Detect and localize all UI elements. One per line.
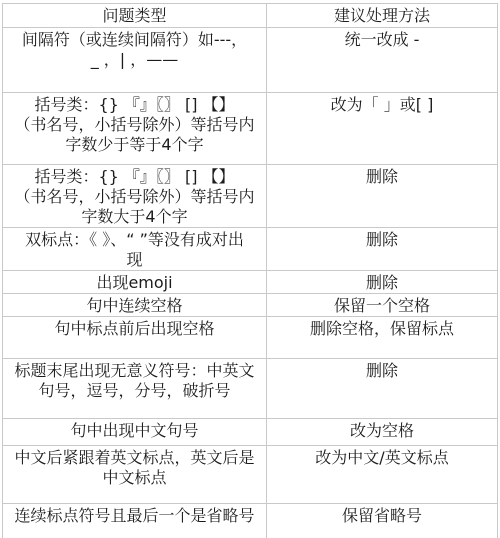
guidelines-table: 问题类型 建议处理方法 间隔符（或连续间隔符）如---， _ ，| ，—— 统一… (2, 3, 498, 538)
action-cell: 改为中文/英文标点 (267, 446, 498, 504)
problem-cell: 双标点：《 》、“ ”等没有成对出 现 (3, 228, 267, 271)
action-cell: 删除 (267, 359, 498, 419)
action-cell: 改为「 」或[ ] (267, 93, 498, 165)
problem-cell: 括号类：{} 『』〖〗 [] 【】 （书名号，小括号除外）等括号内 字数少于等于… (3, 93, 267, 165)
table-row: 括号类：{} 『』〖〗 [] 【】 （书名号，小括号除外）等括号内 字数少于等于… (3, 93, 498, 165)
problem-cell: 间隔符（或连续间隔符）如---， _ ，| ，—— (3, 28, 267, 93)
table-row: 间隔符（或连续间隔符）如---， _ ，| ，—— 统一改成 - (3, 28, 498, 93)
action-cell: 删除 (267, 271, 498, 294)
table-row: 句中连续空格 保留一个空格 (3, 294, 498, 317)
problem-cell: 括号类：{} 『』〖〗 [] 【】 （书名号，小括号除外）等括号内 字数大于4个… (3, 165, 267, 228)
table-row: 句中标点前后出现空格 删除空格，保留标点 (3, 317, 498, 359)
problem-cell: 连续标点符号且最后一个是省略号 (3, 504, 267, 538)
action-cell: 保留省略号 (267, 504, 498, 538)
column-header-problem: 问题类型 (3, 4, 267, 28)
column-header-action: 建议处理方法 (267, 4, 498, 28)
action-cell: 删除空格，保留标点 (267, 317, 498, 359)
document-body: 问题类型 建议处理方法 间隔符（或连续间隔符）如---， _ ，| ，—— 统一… (0, 0, 500, 538)
action-cell: 删除 (267, 165, 498, 228)
problem-cell: 标题末尾出现无意义符号：中英文 句号，逗号，分号，破折号 (3, 359, 267, 419)
problem-cell: 出现emoji (3, 271, 267, 294)
action-cell: 改为空格 (267, 419, 498, 446)
header-row: 问题类型 建议处理方法 (3, 4, 498, 28)
table-row: 句中出现中文句号 改为空格 (3, 419, 498, 446)
problem-cell: 句中连续空格 (3, 294, 267, 317)
table-row: 出现emoji 删除 (3, 271, 498, 294)
action-cell: 保留一个空格 (267, 294, 498, 317)
table-row: 括号类：{} 『』〖〗 [] 【】 （书名号，小括号除外）等括号内 字数大于4个… (3, 165, 498, 228)
table-row: 双标点：《 》、“ ”等没有成对出 现 删除 (3, 228, 498, 271)
problem-cell: 中文后紧跟着英文标点，英文后是 中文标点 (3, 446, 267, 504)
table-row: 连续标点符号且最后一个是省略号 保留省略号 (3, 504, 498, 538)
action-cell: 删除 (267, 228, 498, 271)
table-row: 中文后紧跟着英文标点，英文后是 中文标点 改为中文/英文标点 (3, 446, 498, 504)
problem-cell: 句中标点前后出现空格 (3, 317, 267, 359)
problem-cell: 句中出现中文句号 (3, 419, 267, 446)
action-cell: 统一改成 - (267, 28, 498, 93)
table-row: 标题末尾出现无意义符号：中英文 句号，逗号，分号，破折号 删除 (3, 359, 498, 419)
